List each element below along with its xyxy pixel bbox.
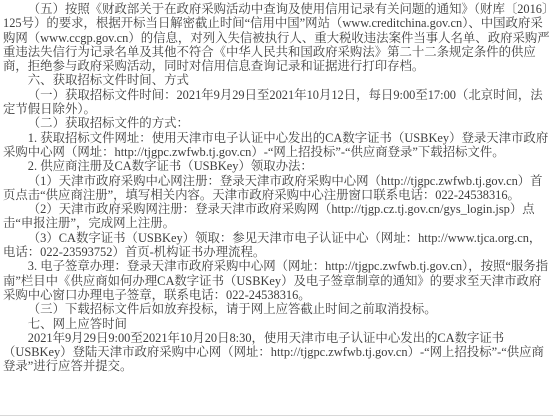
clause-6-2-obtain-method: （二）获取招标文件的方式： — [3, 116, 551, 130]
bottom-divider — [0, 415, 553, 416]
item-1-download-url: 1. 获取招标文件网址：使用天津市电子认证中心发出的CA数字证书（USBKey）… — [3, 131, 551, 160]
item-3-e-signature: 3. 电子签章办理：登录天津市政府采购中心网（网址：http://tjgpc.z… — [3, 259, 551, 302]
clause-6-1-obtain-time: （一）获取招标文件时间：2021年9月29日至2021年10月12日，每日9:0… — [3, 88, 551, 117]
document-page: （五）按照《财政部关于在政府采购活动中查询及使用信用记录有关问题的通知》（财库〔… — [0, 0, 553, 418]
item-2-registration-intro: 2. 供应商注册及CA数字证书（USBKey）领取办法： — [3, 159, 551, 173]
item-2-3-ca-certificate: （3）CA数字证书（USBKey）领取：参见天津市电子认证中心（网址：http:… — [3, 231, 551, 260]
clause-5-credit-record: （五）按照《财政部关于在政府采购活动中查询及使用信用记录有关问题的通知》（财库〔… — [3, 2, 551, 73]
item-2-1-center-register: （1）天津市政府采购中心网注册：登录天津市政府采购中心网（http://tjgp… — [3, 174, 551, 203]
item-2-2-gov-net-register: （2）天津市政府采购网注册：登录天津市政府采购网（http://tjgp.cz.… — [3, 202, 551, 231]
clause-6-3-cancel-bid: （三）下载招标文件后如放弃投标，请于网上应答截止时间之前取消投标。 — [3, 302, 551, 316]
section-7-heading: 七、网上应答时间 — [3, 317, 551, 331]
section-7-response-time: 2021年9月29日9:00至2021年10月20日8:30，使用天津市电子认证… — [3, 331, 551, 374]
section-6-heading: 六、获取招标文件时间、方式 — [3, 73, 551, 87]
